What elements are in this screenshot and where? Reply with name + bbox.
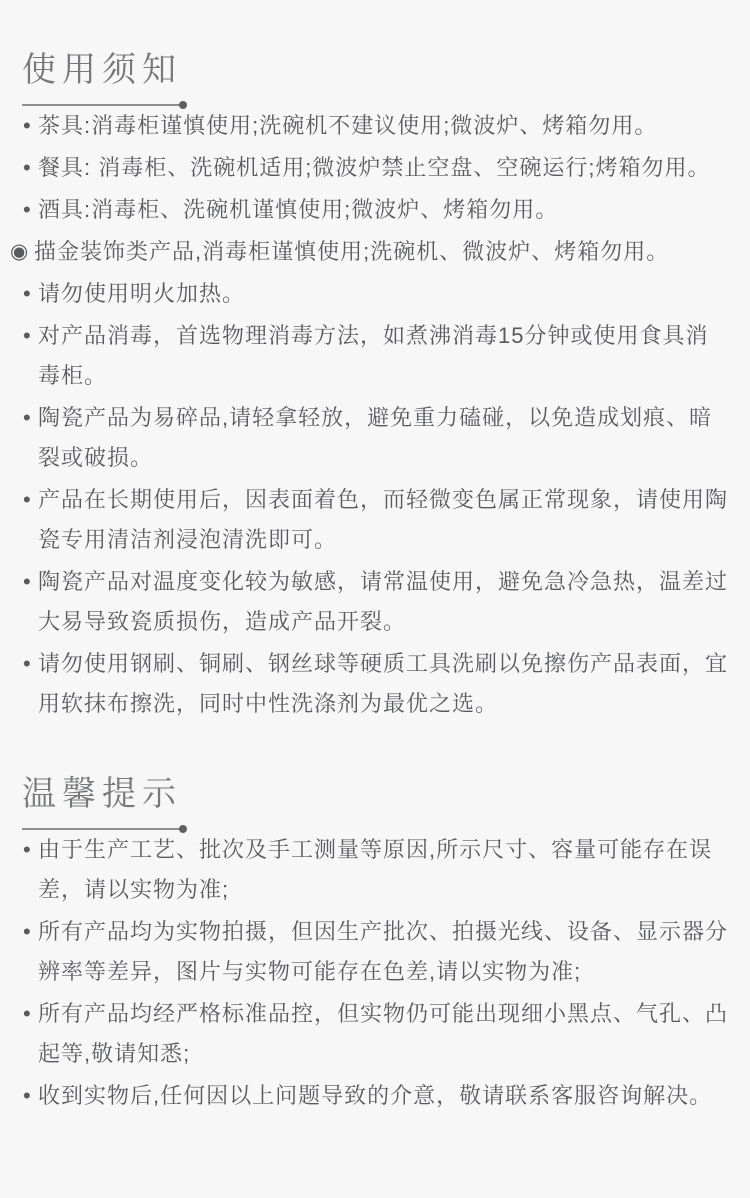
bullet-icon: • [23,398,31,438]
bullet-icon: • [23,912,31,952]
list-item-text: 茶具:消毒柜谨慎使用;洗碗机不建议使用;微波炉、烤箱勿用。 [38,113,657,138]
bullet-icon: • [23,644,31,684]
list-item-color-difference: • 所有产品均为实物拍摄，但因生产批次、拍摄光线、设备、显示器分辨率等差异，图片… [0,912,750,992]
list-item-contact-service: • 收到实物后,任何因以上问题导致的介意，敬请联系客服咨询解决。 [0,1076,750,1116]
usage-notice-title: 使用须知 [22,48,750,92]
list-item-text: 请勿使用明火加热。 [38,281,245,306]
list-item-temperature: • 陶瓷产品对温度变化较为敏感，请常温使用，避免急冷急热，温差过大易导致瓷质损伤… [0,562,750,642]
list-item-text: 由于生产工艺、批次及手工测量等原因,所示尺寸、容量可能存在误差，请以实物为准; [38,837,712,902]
care-instructions-list: • 请勿使用明火加热。 • 对产品消毒，首选物理消毒方法，如煮沸消毒15分钟或使… [0,274,750,724]
list-item-text: 对产品消毒，首选物理消毒方法，如煮沸消毒15分钟或使用食具消毒柜。 [38,323,708,388]
list-item-text: 描金装饰类产品,消毒柜谨慎使用;洗碗机、微波炉、烤箱勿用。 [34,239,669,264]
list-item-no-hard-brush: • 请勿使用钢刷、铜刷、钢丝球等硬质工具洗刷以免擦伤产品表面，宜用软抹布擦洗，同… [0,644,750,724]
list-item-text: 所有产品均为实物拍摄，但因生产批次、拍摄光线、设备、显示器分辨率等差异，图片与实… [38,919,728,984]
list-item-disinfection: • 对产品消毒，首选物理消毒方法，如煮沸消毒15分钟或使用食具消毒柜。 [0,316,750,396]
bullet-icon: • [23,274,31,314]
bullet-icon: • [23,830,31,870]
appliance-usage-list: • 茶具:消毒柜谨慎使用;洗碗机不建议使用;微波炉、烤箱勿用。 • 餐具: 消毒… [0,106,750,272]
list-item-no-open-flame: • 请勿使用明火加热。 [0,274,750,314]
bullet-icon: • [23,480,31,520]
warm-tips-title: 温馨提示 [22,772,750,816]
warm-tips-header: 温馨提示 [0,772,750,830]
bullet-icon: • [23,1076,31,1116]
list-item-text: 陶瓷产品对温度变化较为敏感，请常温使用，避免急冷急热，温差过大易导致瓷质损伤，造… [38,569,728,634]
list-item-text: 收到实物后,任何因以上问题导致的介意，敬请联系客服咨询解决。 [38,1083,712,1108]
list-item-size-tolerance: • 由于生产工艺、批次及手工测量等原因,所示尺寸、容量可能存在误差，请以实物为准… [0,830,750,910]
list-item-text: 产品在长期使用后，因表面着色，而轻微变色属正常现象，请使用陶瓷专用清洁剂浸泡清洗… [38,487,728,552]
list-item-gold-trim: ◉ 描金装饰类产品,消毒柜谨慎使用;洗碗机、微波炉、烤箱勿用。 [0,232,750,272]
list-item-wineware: • 酒具:消毒柜、洗碗机谨慎使用;微波炉、烤箱勿用。 [0,190,750,230]
list-item-text: 酒具:消毒柜、洗碗机谨慎使用;微波炉、烤箱勿用。 [38,197,558,222]
list-item-text: 餐具: 消毒柜、洗碗机适用;微波炉禁止空盘、空碗运行;烤箱勿用。 [38,155,710,180]
bullet-icon: • [23,316,31,356]
list-item-text: 所有产品均经严格标准品控，但实物仍可能出现细小黑点、气孔、凸起等,敬请知悉; [38,1001,728,1066]
list-item-text: 陶瓷产品为易碎品,请轻拿轻放，避免重力磕碰，以免造成划痕、暗裂或破损。 [38,405,712,470]
list-item-tableware: • 餐具: 消毒柜、洗碗机适用;微波炉禁止空盘、空碗运行;烤箱勿用。 [0,148,750,188]
list-item-text: 请勿使用钢刷、铜刷、钢丝球等硬质工具洗刷以免擦伤产品表面，宜用软抹布擦洗，同时中… [38,651,728,716]
list-item-quality-control: • 所有产品均经严格标准品控，但实物仍可能出现细小黑点、气孔、凸起等,敬请知悉; [0,994,750,1074]
bullet-icon: • [23,562,31,602]
fisheye-bullet-icon: ◉ [10,232,28,272]
warm-tips-list: • 由于生产工艺、批次及手工测量等原因,所示尺寸、容量可能存在误差，请以实物为准… [0,830,750,1116]
usage-notice-header: 使用须知 [0,48,750,106]
bullet-icon: • [23,106,31,146]
list-item-teaware: • 茶具:消毒柜谨慎使用;洗碗机不建议使用;微波炉、烤箱勿用。 [0,106,750,146]
list-item-discoloration: • 产品在长期使用后，因表面着色，而轻微变色属正常现象，请使用陶瓷专用清洁剂浸泡… [0,480,750,560]
bullet-icon: • [23,190,31,230]
section-usage-notice: 使用须知 • 茶具:消毒柜谨慎使用;洗碗机不建议使用;微波炉、烤箱勿用。 • 餐… [0,48,750,724]
bullet-icon: • [23,148,31,188]
bullet-icon: • [23,994,31,1034]
product-notice-page: 使用须知 • 茶具:消毒柜谨慎使用;洗碗机不建议使用;微波炉、烤箱勿用。 • 餐… [0,0,750,1116]
list-item-fragile: • 陶瓷产品为易碎品,请轻拿轻放，避免重力磕碰，以免造成划痕、暗裂或破损。 [0,398,750,478]
section-warm-tips: 温馨提示 • 由于生产工艺、批次及手工测量等原因,所示尺寸、容量可能存在误差，请… [0,772,750,1116]
